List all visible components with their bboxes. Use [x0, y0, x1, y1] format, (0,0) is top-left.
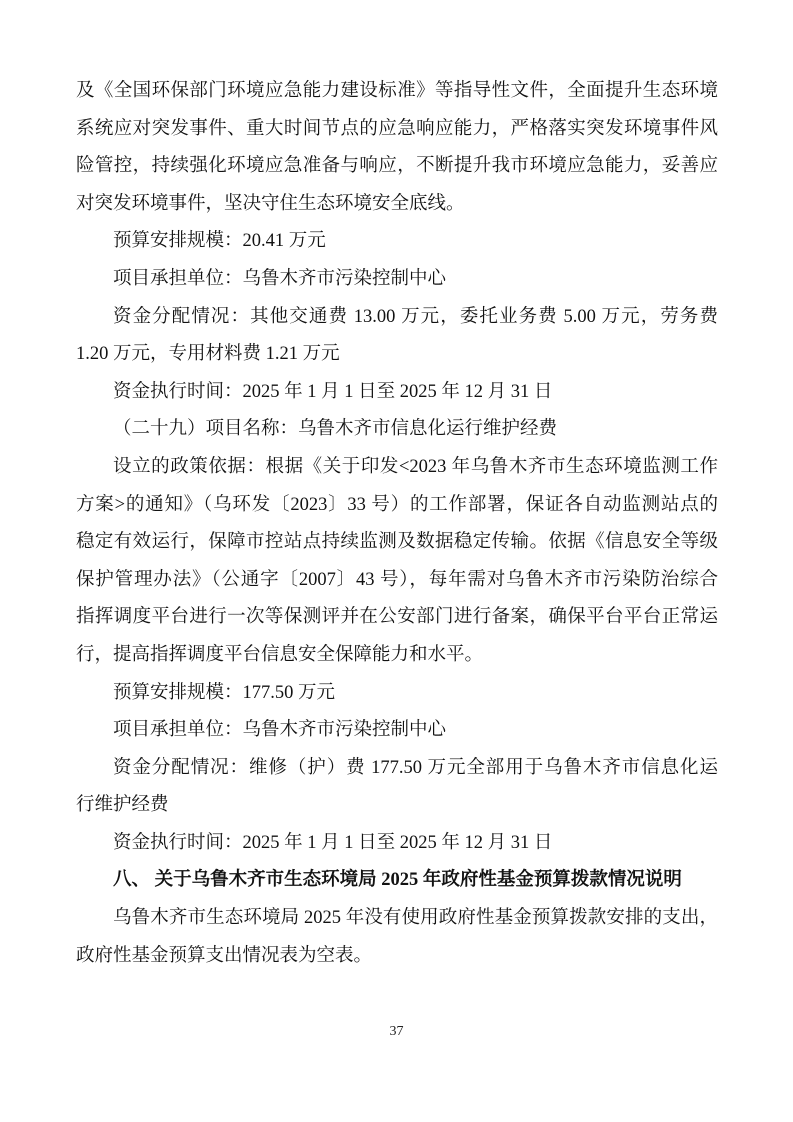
text-line: 及《全国环保部门环境应急能力建设标准》等指导性文件，全面提升生态环境 [76, 73, 718, 111]
text-line: 预算安排规模：177.50 万元 [76, 675, 718, 713]
para-fund-allocation-2: 资金分配情况：维修（护）费 177.50 万元全部用于乌鲁木齐市信息化运 行维护… [76, 750, 718, 825]
text-line: 方案>的通知》（乌环发〔2023〕33 号）的工作部署，保证各自动监测站点的 [76, 487, 718, 525]
text-line: 政府性基金预算支出情况表为空表。 [76, 938, 718, 976]
para-gov-fund-note: 乌鲁木齐市生态环境局 2025 年没有使用政府性基金预算拨款安排的支出， 政府性… [76, 900, 718, 975]
section-8-heading: 八、 关于乌鲁木齐市生态环境局 2025 年政府性基金预算拨款情况说明 [76, 862, 718, 900]
line-fund-period-2: 资金执行时间：2025 年 1 月 1 日至 2025 年 12 月 31 日 [76, 825, 718, 863]
line-undertaking-unit-2: 项目承担单位：乌鲁木齐市污染控制中心 [76, 712, 718, 750]
text-line: 系统应对突发事件、重大时间节点的应急响应能力，严格落实突发环境事件风 [76, 111, 718, 149]
text-line: 设立的政策依据：根据《关于印发<2023 年乌鲁木齐市生态环境监测工作 [76, 449, 718, 487]
para-policy-basis: 设立的政策依据：根据《关于印发<2023 年乌鲁木齐市生态环境监测工作 方案>的… [76, 449, 718, 675]
text-line: 乌鲁木齐市生态环境局 2025 年没有使用政府性基金预算拨款安排的支出， [76, 900, 718, 938]
para-emergency-capability: 及《全国环保部门环境应急能力建设标准》等指导性文件，全面提升生态环境 系统应对突… [76, 73, 718, 223]
text-line: 1.20 万元，专用材料费 1.21 万元 [76, 336, 718, 374]
line-budget-scale-2: 预算安排规模：177.50 万元 [76, 675, 718, 713]
text-line: 稳定有效运行，保障市控站点持续监测及数据稳定传输。依据《信息安全等级 [76, 524, 718, 562]
text-line: （二十九）项目名称：乌鲁木齐市信息化运行维护经费 [76, 411, 718, 449]
text-line: 资金分配情况：其他交通费 13.00 万元，委托业务费 5.00 万元，劳务费 [76, 299, 718, 337]
document-page: 及《全国环保部门环境应急能力建设标准》等指导性文件，全面提升生态环境 系统应对突… [0, 0, 793, 1122]
text-line: 预算安排规模：20.41 万元 [76, 223, 718, 261]
text-line: 资金执行时间：2025 年 1 月 1 日至 2025 年 12 月 31 日 [76, 825, 718, 863]
document-body: 及《全国环保部门环境应急能力建设标准》等指导性文件，全面提升生态环境 系统应对突… [76, 73, 718, 975]
text-line: 项目承担单位：乌鲁木齐市污染控制中心 [76, 261, 718, 299]
text-line: 项目承担单位：乌鲁木齐市污染控制中心 [76, 712, 718, 750]
text-line: 指挥调度平台进行一次等保测评并在公安部门进行备案，确保平台平台正常运 [76, 599, 718, 637]
page-number: 37 [0, 1022, 793, 1042]
line-project-29-name: （二十九）项目名称：乌鲁木齐市信息化运行维护经费 [76, 411, 718, 449]
para-fund-allocation-1: 资金分配情况：其他交通费 13.00 万元，委托业务费 5.00 万元，劳务费 … [76, 299, 718, 374]
text-line: 保护管理办法》（公通字〔2007〕43 号），每年需对乌鲁木齐市污染防治综合 [76, 562, 718, 600]
section-heading: 八、 关于乌鲁木齐市生态环境局 2025 年政府性基金预算拨款情况说明 [76, 862, 718, 900]
text-line: 险管控，持续强化环境应急准备与响应，不断提升我市环境应急能力，妥善应 [76, 148, 718, 186]
text-line: 对突发环境事件，坚决守住生态环境安全底线。 [76, 186, 718, 224]
line-budget-scale-1: 预算安排规模：20.41 万元 [76, 223, 718, 261]
line-fund-period-1: 资金执行时间：2025 年 1 月 1 日至 2025 年 12 月 31 日 [76, 374, 718, 412]
text-line: 资金执行时间：2025 年 1 月 1 日至 2025 年 12 月 31 日 [76, 374, 718, 412]
text-line: 行维护经费 [76, 787, 718, 825]
text-line: 资金分配情况：维修（护）费 177.50 万元全部用于乌鲁木齐市信息化运 [76, 750, 718, 788]
line-undertaking-unit-1: 项目承担单位：乌鲁木齐市污染控制中心 [76, 261, 718, 299]
text-line: 行，提高指挥调度平台信息安全保障能力和水平。 [76, 637, 718, 675]
